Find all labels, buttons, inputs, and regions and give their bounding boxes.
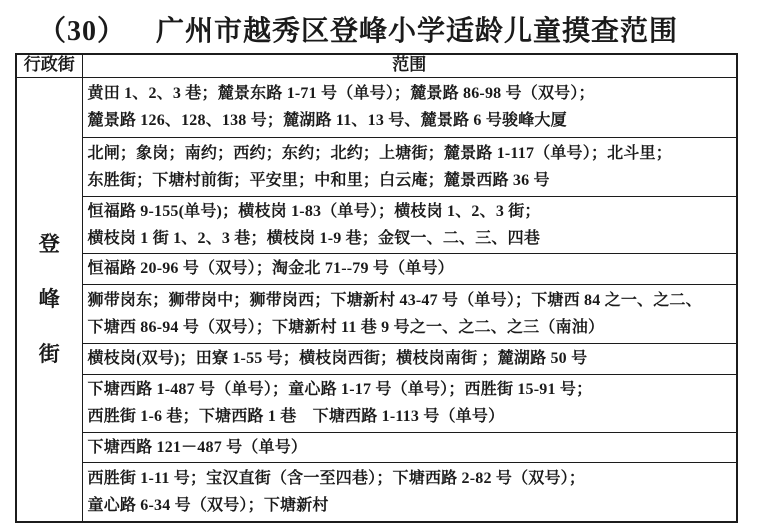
document-page: （30）广州市越秀区登峰小学适龄儿童摸查范围 行政街 范围 登峰街 黄田 1、2… <box>0 0 759 524</box>
range-cell: 西胜街 1-11 号；宝汉直街（含一至四巷）；下塘西路 2-82 号（双号）； … <box>82 462 737 522</box>
header-district: 行政街 <box>16 54 82 77</box>
title-text: 广州市越秀区登峰小学适龄儿童摸查范围 <box>156 16 678 47</box>
range-line: 西胜街 1-6 巷；下塘西路 1 巷 下塘西路 1-113 号（单号） <box>88 403 733 430</box>
range-line: 西胜街 1-11 号；宝汉直街（含一至四巷）；下塘西路 2-82 号（双号）； <box>88 465 733 492</box>
table-row: 登峰街 黄田 1、2、3 巷；麓景东路 1-71 号（单号）；麓景路 86-98… <box>16 77 737 137</box>
survey-range-table: 行政街 范围 登峰街 黄田 1、2、3 巷；麓景东路 1-71 号（单号）；麓景… <box>15 53 738 523</box>
range-line: 下塘西路 1-487 号（单号）；童心路 1-17 号（单号）；西胜街 15-9… <box>88 376 733 403</box>
range-cell: 下塘西路 1-487 号（单号）；童心路 1-17 号（单号）；西胜街 15-9… <box>82 374 737 432</box>
table-row: 狮带岗东；狮带岗中；狮带岗西；下塘新村 43-47 号（单号）；下塘西 84 之… <box>16 284 737 343</box>
range-line: 麓景路 126、128、138 号；麓湖路 11、13 号、麓景路 6 号骏峰大… <box>88 107 733 134</box>
table-row: 下塘西路 121－487 号（单号） <box>16 432 737 462</box>
title-number: （30） <box>38 16 126 47</box>
range-cell: 横枝岗(双号)；田寮 1-55 号；横枝岗西街；横枝岗南街 ；麓湖路 50 号 <box>82 343 737 374</box>
range-line: 下塘西 86-94 号（双号）；下塘新村 11 巷 9 号之一、之二、之三（南油… <box>88 314 733 341</box>
range-line: 横枝岗(双号)；田寮 1-55 号；横枝岗西街；横枝岗南街 ；麓湖路 50 号 <box>88 345 733 372</box>
table-row: 下塘西路 1-487 号（单号）；童心路 1-17 号（单号）；西胜街 15-9… <box>16 374 737 432</box>
range-line: 东胜街；下塘村前街；平安里；中和里；白云庵；麓景西路 36 号 <box>88 167 733 194</box>
table-header-row: 行政街 范围 <box>16 54 737 77</box>
range-line: 黄田 1、2、3 巷；麓景东路 1-71 号（单号）；麓景路 86-98 号（双… <box>88 80 733 107</box>
range-cell: 恒福路 9-155(单号)；横枝岗 1-83（单号）；横枝岗 1、2、3 街； … <box>82 196 737 253</box>
range-line: 横枝岗 1 街 1、2、3 巷；横枝岗 1-9 巷；金钗一、二、三、四巷 <box>88 225 733 252</box>
table-row: 恒福路 9-155(单号)；横枝岗 1-83（单号）；横枝岗 1、2、3 街； … <box>16 196 737 253</box>
table-row: 横枝岗(双号)；田寮 1-55 号；横枝岗西街；横枝岗南街 ；麓湖路 50 号 <box>16 343 737 374</box>
range-line: 狮带岗东；狮带岗中；狮带岗西；下塘新村 43-47 号（单号）；下塘西 84 之… <box>88 287 733 314</box>
range-line: 北闸；象岗；南约；西约；东约；北约；上塘街；麓景路 1-117（单号）；北斗里； <box>88 140 733 167</box>
range-cell: 北闸；象岗；南约；西约；东约；北约；上塘街；麓景路 1-117（单号）；北斗里；… <box>82 137 737 196</box>
range-cell: 恒福路 20-96 号（双号）；淘金北 71--79 号（单号） <box>82 253 737 284</box>
page-title: （30）广州市越秀区登峰小学适龄儿童摸查范围 <box>0 0 759 53</box>
district-name: 登峰街 <box>38 217 61 382</box>
range-cell: 黄田 1、2、3 巷；麓景东路 1-71 号（单号）；麓景路 86-98 号（双… <box>82 77 737 137</box>
range-line: 下塘西路 121－487 号（单号） <box>88 434 733 461</box>
range-line: 童心路 6-34 号（双号）；下塘新村 <box>88 492 733 519</box>
range-line: 恒福路 9-155(单号)；横枝岗 1-83（单号）；横枝岗 1、2、3 街； <box>88 198 733 225</box>
range-cell: 下塘西路 121－487 号（单号） <box>82 432 737 462</box>
table-row: 恒福路 20-96 号（双号）；淘金北 71--79 号（单号） <box>16 253 737 284</box>
range-cell: 狮带岗东；狮带岗中；狮带岗西；下塘新村 43-47 号（单号）；下塘西 84 之… <box>82 284 737 343</box>
header-range: 范围 <box>82 54 737 77</box>
district-cell: 登峰街 <box>16 77 82 522</box>
range-line: 恒福路 20-96 号（双号）；淘金北 71--79 号（单号） <box>88 255 733 282</box>
table-row: 西胜街 1-11 号；宝汉直街（含一至四巷）；下塘西路 2-82 号（双号）； … <box>16 462 737 522</box>
table-row: 北闸；象岗；南约；西约；东约；北约；上塘街；麓景路 1-117（单号）；北斗里；… <box>16 137 737 196</box>
